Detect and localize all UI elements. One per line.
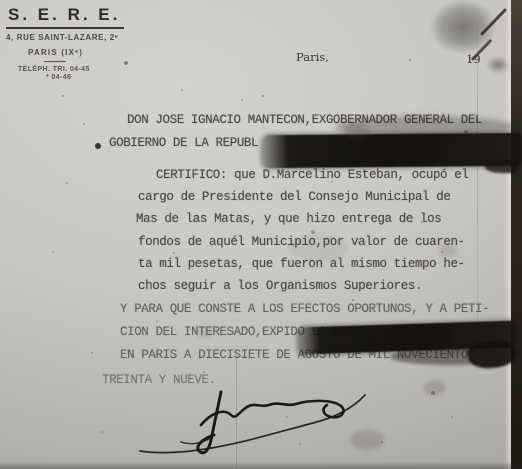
address-city: PARIS (IXᵉ) bbox=[28, 48, 83, 57]
typed-line: cargo de Presidente del Consejo Municipa… bbox=[138, 190, 450, 204]
background-edge bbox=[511, 0, 522, 469]
phone-line: * 04-46 bbox=[46, 74, 124, 81]
paper-specks bbox=[0, 0, 2, 2]
letterhead: S. E. R. E. 4, RUE SAINT-LAZARE, 2ᵉ PARI… bbox=[6, 5, 124, 81]
redaction-bar bbox=[262, 133, 522, 168]
ink-stain bbox=[486, 56, 510, 74]
redaction-blob bbox=[485, 159, 520, 174]
dateline-city: Paris, bbox=[296, 50, 329, 64]
org-name: S. E. R. E. bbox=[6, 5, 124, 29]
typed-line: GOBIERNO DE LA REPUBL bbox=[109, 136, 258, 150]
paper-blotch bbox=[424, 380, 446, 396]
paper-blotch bbox=[438, 244, 458, 258]
phone-line: TÉLÉPH. TRI. 04-45 bbox=[18, 66, 124, 73]
ink-smudge bbox=[390, 349, 510, 365]
paper-blotch bbox=[288, 234, 348, 262]
typed-line: Mas de las Matas, y que hizo entrega de … bbox=[136, 212, 441, 226]
signature bbox=[135, 384, 370, 468]
document-scan: S. E. R. E. 4, RUE SAINT-LAZARE, 2ᵉ PARI… bbox=[0, 0, 522, 469]
typed-line: Y PARA QUE CONSTE A LOS EFECTOS OPORTUNO… bbox=[120, 302, 489, 316]
typed-line: CERTIFICO: que D.Marcelino Esteban, ocup… bbox=[156, 168, 468, 182]
address-line: 4, RUE SAINT-LAZARE, 2ᵉ bbox=[6, 33, 124, 42]
letterhead-rule bbox=[44, 61, 66, 62]
typed-line: chos seguir a los Organismos Superiores. bbox=[138, 279, 422, 293]
ink-dot bbox=[95, 143, 101, 149]
paper-blotch bbox=[344, 124, 370, 140]
paper-blotch bbox=[196, 328, 212, 338]
